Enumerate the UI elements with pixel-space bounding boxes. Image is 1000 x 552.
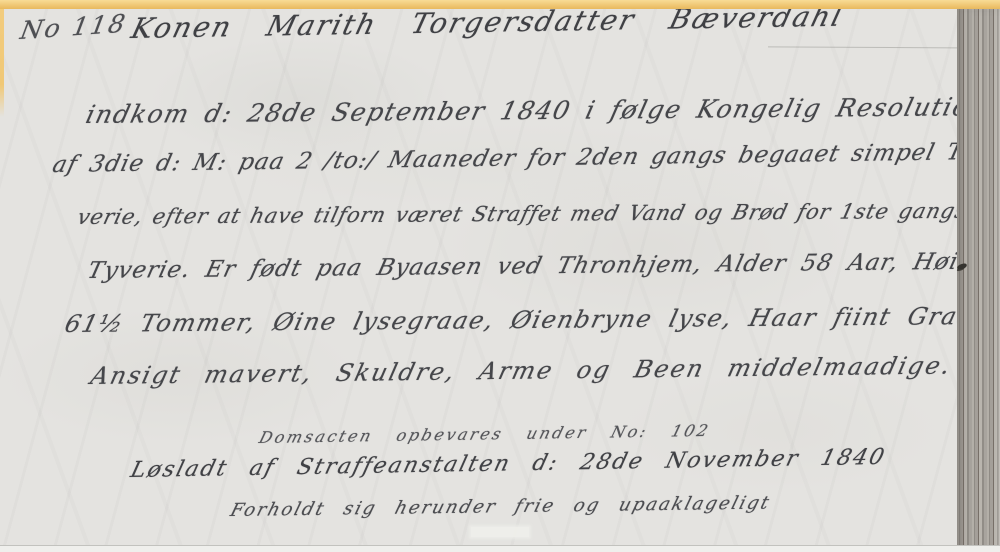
body-line: indkom d: 28de September 1840 i følge Ko… [83,92,991,129]
scan-artifact [471,527,529,537]
scan-bottom-border [0,545,1000,552]
body-line: Tyverie. Er født paa Byaasen ved Thronhj… [85,249,992,284]
body-line: verie, efter at have tilforn været Straf… [75,199,970,229]
scanned-record-page: No 118 Konen Marith Torgersdatter Bæverd… [0,0,1000,552]
body-line: Ansigt mavert, Skuldre, Arme og Been mid… [88,352,955,390]
record-number: No 118 [18,9,129,45]
scan-top-border [0,0,1000,9]
body-line: af 3die d: M: paa 2 /to:/ Maaneder for 2… [50,139,1000,178]
filing-note: Domsacten opbevares under No: 102 [257,421,713,447]
release-note: Løsladt af Straffeanstalten d: 28de Nove… [128,445,889,483]
book-binding-edge [957,9,1000,552]
body-line: 61½ Tommer, Øine lysegraae, Øienbryne ly… [62,302,988,338]
conduct-note: Forholdt sig herunder frie og upaaklagel… [228,493,773,521]
scan-left-border [0,9,4,117]
